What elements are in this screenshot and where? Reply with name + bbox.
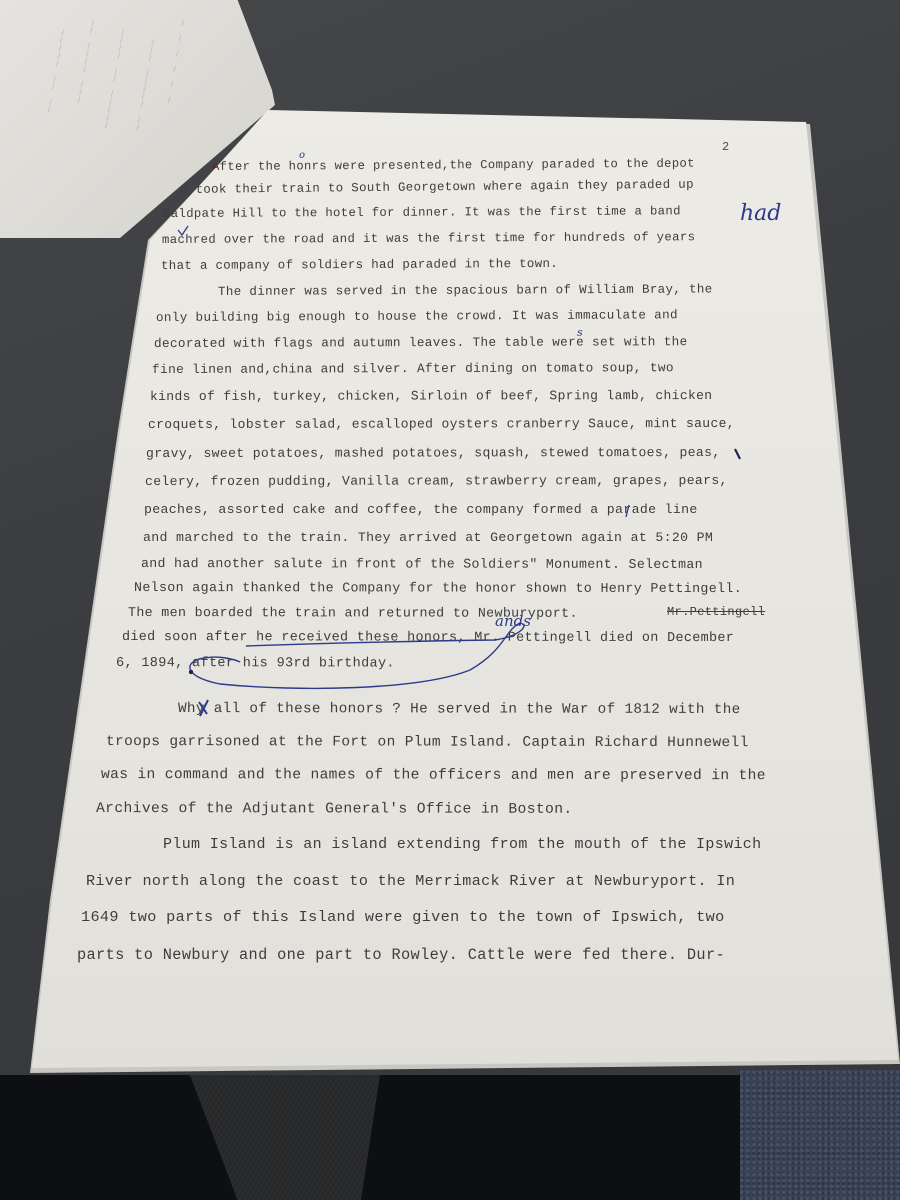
text-line: celery, frozen pudding, Vanilla cream, s… xyxy=(145,473,728,489)
text-line: River north along the coast to the Merri… xyxy=(86,872,735,890)
handwritten-insertion: o xyxy=(299,150,305,161)
bleed-through-text: ~~~~ ~~ ~~~~~ xyxy=(98,27,130,129)
handwritten-insertion: ands xyxy=(495,612,531,630)
bleed-through-text: ~~~ ~~~~~ ~~ xyxy=(129,37,160,132)
text-line: peaches, assorted cake and coffee, the c… xyxy=(144,502,698,517)
text-line: fine linen and,china and silver. After d… xyxy=(152,360,674,377)
text-line: Plum Island is an island extending from … xyxy=(163,836,762,853)
text-line: only building big enough to house the cr… xyxy=(156,308,678,325)
text-line: Why all of these honors ? He served in t… xyxy=(178,701,741,718)
text-line: 6, 1894, after his 93rd birthday. xyxy=(116,656,395,671)
text-line: croquets, lobster salad, escalloped oyst… xyxy=(148,416,735,432)
text-line: The dinner was served in the spacious ba… xyxy=(218,282,713,299)
handwritten-insertion: had xyxy=(740,201,781,226)
text-line: machred over the road and it was the fir… xyxy=(162,230,695,247)
text-line: troops garrisoned at the Fort on Plum Is… xyxy=(106,734,749,751)
text-line: that a company of soldiers had paraded i… xyxy=(161,257,558,273)
text-line: decorated with flags and autumn leaves. … xyxy=(154,334,688,351)
text-line: Archives of the Adjutant General's Offic… xyxy=(96,801,573,818)
carpet-floor xyxy=(740,1070,900,1200)
struck-out-text: Mr.Pettingell xyxy=(667,605,765,619)
text-line: parts to Newbury and one part to Rowley.… xyxy=(77,946,725,964)
text-line: died soon after he received these honors… xyxy=(122,630,734,646)
text-line: Nelson again thanked the Company for the… xyxy=(134,580,742,596)
page-number: 2 xyxy=(722,140,729,154)
text-line: Baldpate Hill to the hotel for dinner. I… xyxy=(163,204,681,221)
bleed-through-text: ~~~~~ ~~ ~~ xyxy=(40,27,70,114)
handwritten-insertion: s xyxy=(577,326,583,339)
text-line: 1649 two parts of this Island were given… xyxy=(81,908,725,926)
text-line: and had another salute in front of the S… xyxy=(141,556,703,572)
text-line: gravy, sweet potatoes, mashed potatoes, … xyxy=(146,445,721,461)
bleed-through-text: ~~ ~~~~ ~~~ xyxy=(70,17,100,104)
text-line: kinds of fish, turkey, chicken, Sirloin … xyxy=(150,388,712,404)
text-line: was in command and the names of the offi… xyxy=(101,767,766,784)
bleed-through-text: ~ ~ ~ ~ ~ ~ xyxy=(160,17,190,104)
text-line: and marched to the train. They arrived a… xyxy=(143,530,713,545)
